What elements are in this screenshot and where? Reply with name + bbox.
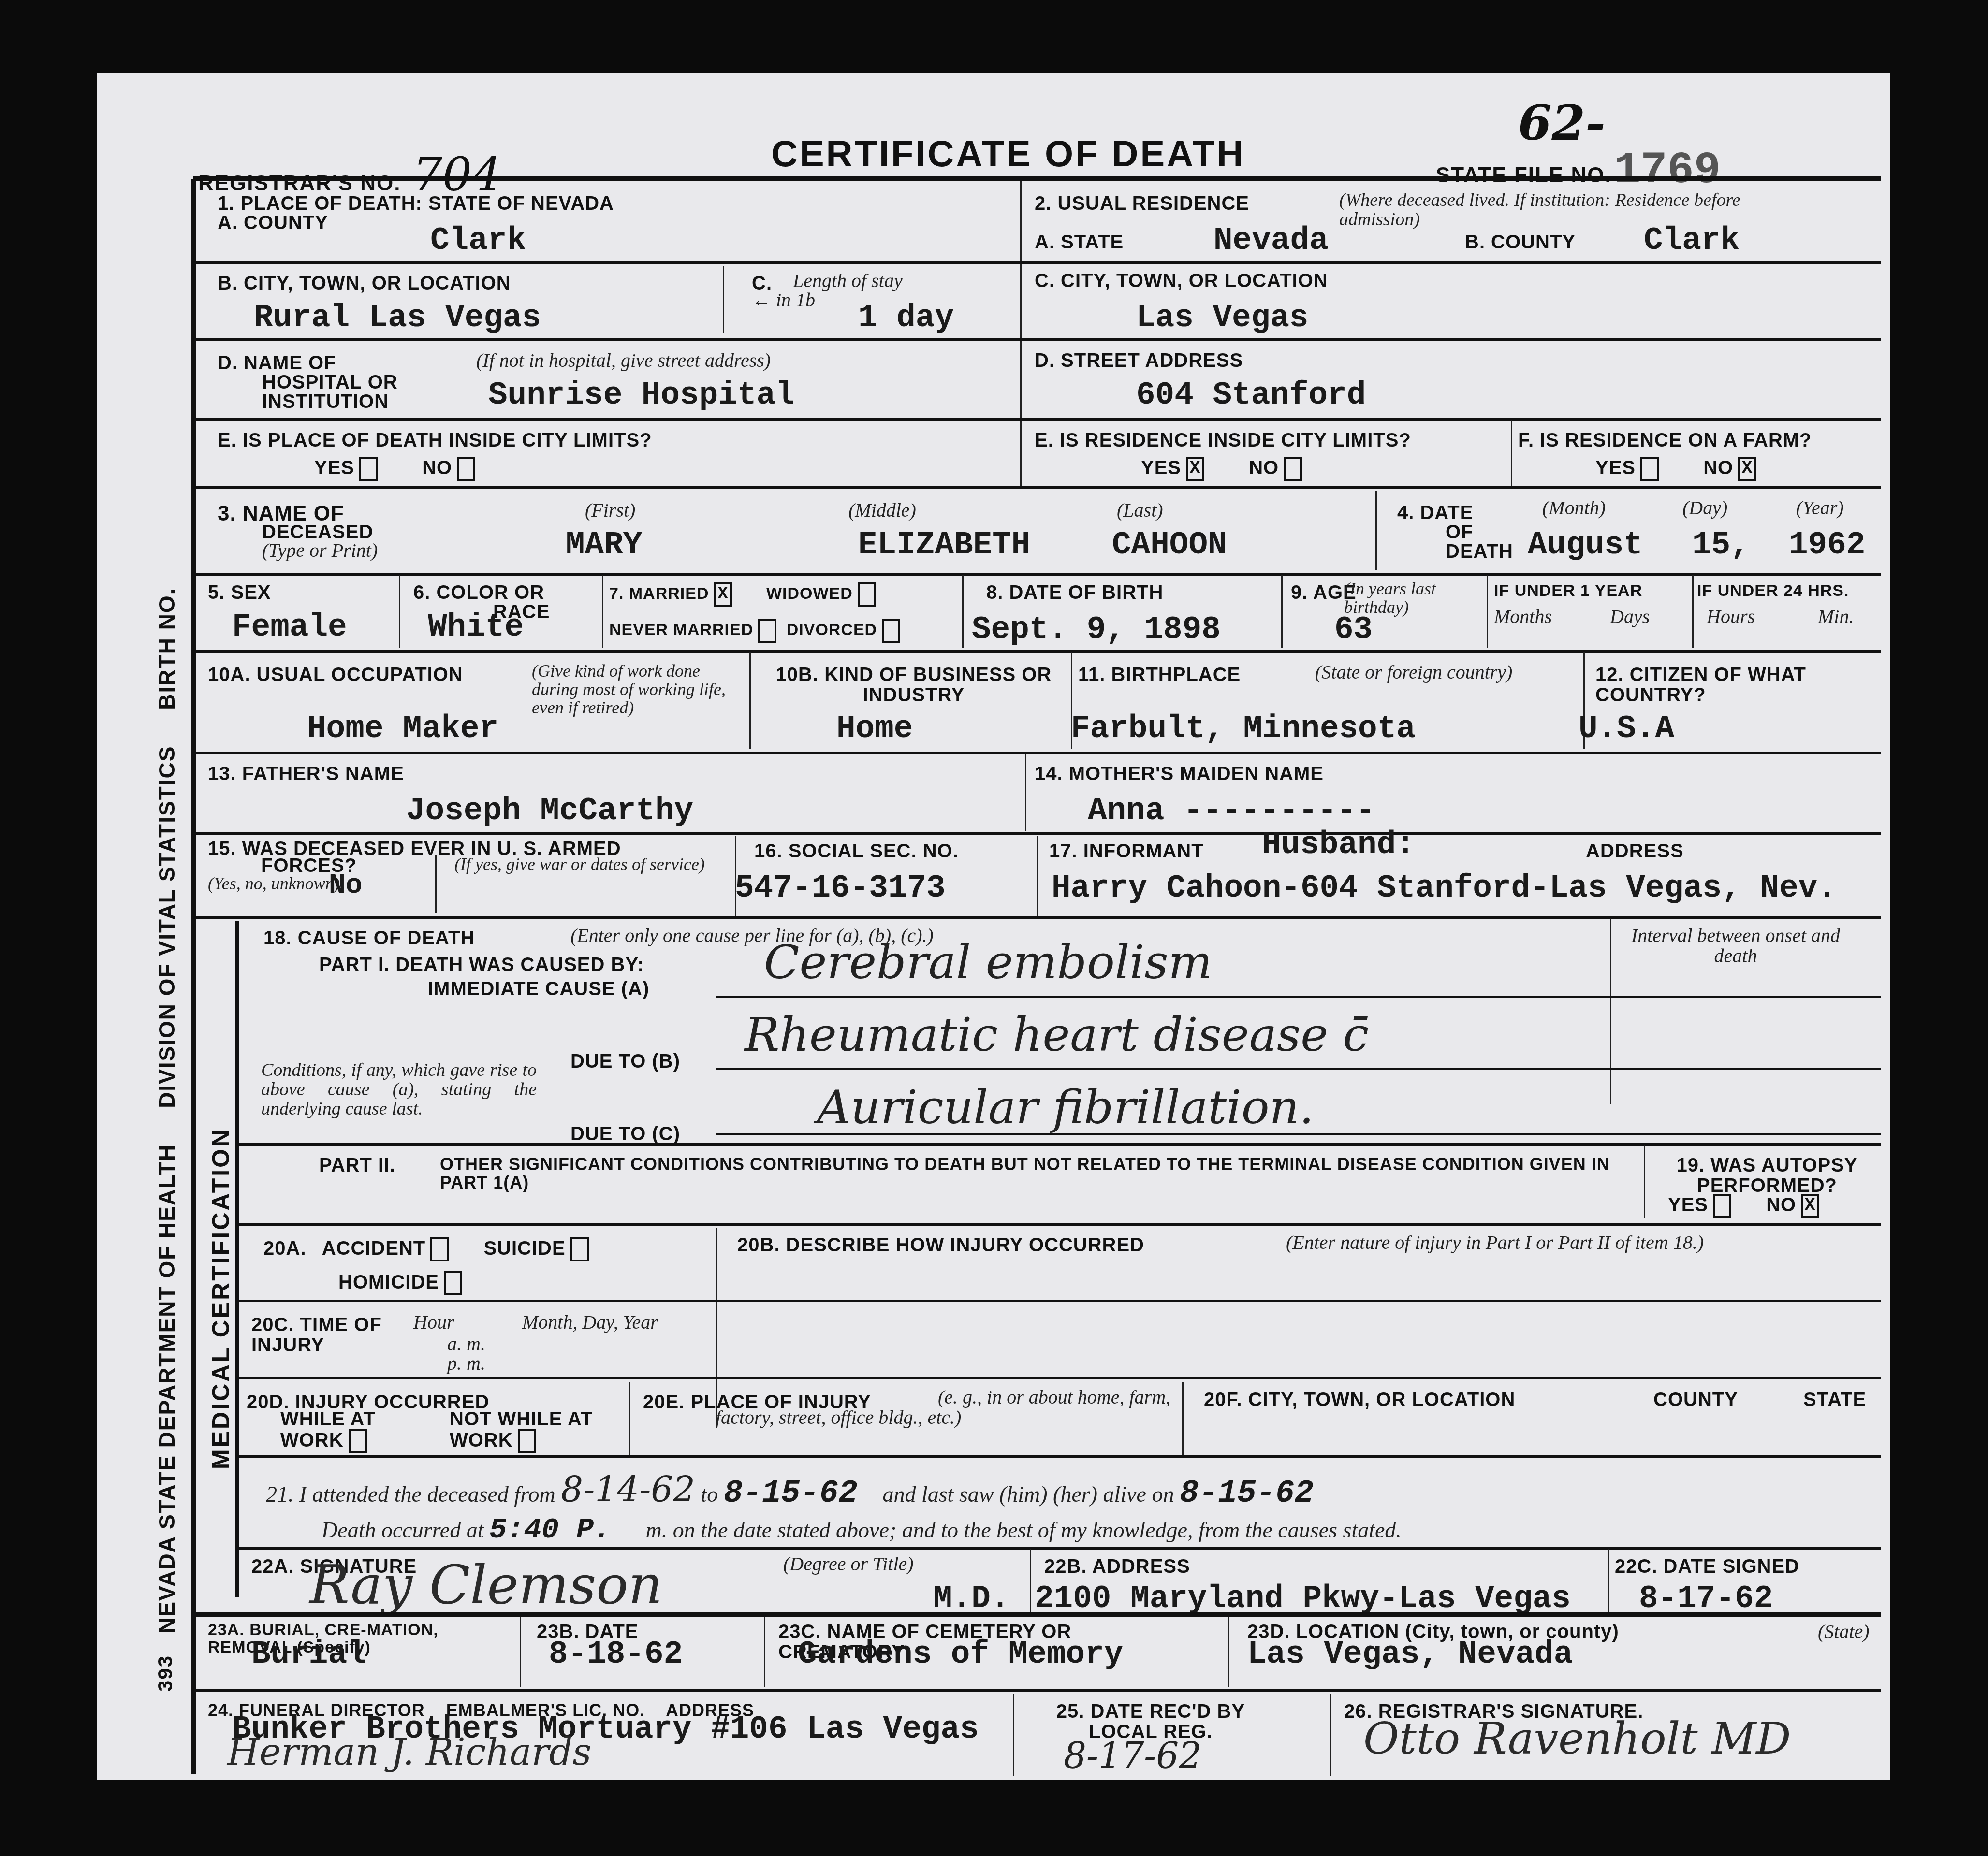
mdy-label: Month, Day, Year xyxy=(522,1312,658,1333)
married-checkbox[interactable]: X xyxy=(714,582,732,607)
dod-month-label: (Month) xyxy=(1542,498,1606,518)
hours-label: Hours xyxy=(1707,607,1755,627)
divider-burial xyxy=(520,1617,521,1687)
attendance-line-2: Death occurred at 5:40 P. m. on the date… xyxy=(322,1515,1402,1546)
homicide: HOMICIDE xyxy=(338,1271,462,1295)
age-value: 63 xyxy=(1334,611,1373,648)
divider-under1 xyxy=(1692,575,1694,648)
hospital-label: D. NAME OF xyxy=(218,353,336,373)
divider-armed-hint xyxy=(435,855,437,913)
divider-age xyxy=(1487,575,1488,648)
inside-city-yes-checkbox[interactable] xyxy=(359,457,378,481)
location-state-label: (State) xyxy=(1818,1622,1870,1642)
under1-label: IF UNDER 1 YEAR xyxy=(1494,582,1642,600)
divider-burial-date xyxy=(764,1617,765,1687)
divider-stay xyxy=(723,266,724,333)
interval-label: Interval between onset and death xyxy=(1629,926,1842,966)
accident-label: ACCIDENT xyxy=(322,1238,426,1259)
father-value: Joseph McCarthy xyxy=(406,793,693,829)
dod-day: 15, xyxy=(1692,527,1750,563)
frame-left xyxy=(191,179,196,1774)
death-time: 5:40 P. xyxy=(489,1514,611,1547)
dod-label-2: OF xyxy=(1446,522,1474,542)
middle-name: ELIZABETH xyxy=(858,527,1030,563)
city-value: Rural Las Vegas xyxy=(254,300,541,336)
rule-21 xyxy=(239,1547,1881,1550)
place-of-death-label: 1. PLACE OF DEATH: STATE OF NEVADA xyxy=(218,193,614,214)
part1-label: PART I. DEATH WAS CAUSED BY: xyxy=(319,955,644,975)
birthplace-value: Farbult, Minnesota xyxy=(1071,710,1416,747)
last-label: (Last) xyxy=(1117,500,1163,521)
res-inside-city-options: YESX NO xyxy=(1141,457,1302,481)
to-text: to xyxy=(701,1482,718,1507)
rule-1b xyxy=(196,338,1881,341)
sidebar-page-no: 393 xyxy=(154,1655,177,1692)
hospital-label-2: HOSPITAL OR xyxy=(262,372,398,392)
street-label: D. STREET ADDRESS xyxy=(1035,350,1243,371)
divider-farm xyxy=(1511,420,1512,486)
armed-value: No xyxy=(329,870,363,901)
state-file-value: 1769 xyxy=(1614,145,1721,196)
informant-label: 17. INFORMANT xyxy=(1049,841,1204,861)
res-county-label: B. COUNTY xyxy=(1465,232,1576,252)
yes-label: YES xyxy=(314,457,354,478)
no-label: NO xyxy=(1249,457,1279,478)
am-label: a. m. xyxy=(447,1334,485,1354)
birthplace-hint: (State or foreign country) xyxy=(1315,662,1512,682)
informant-value: Harry Cahoon-604 Stanford-Las Vegas, Nev… xyxy=(1052,870,1837,906)
sig-address-value: 2100 Maryland Pkwy-Las Vegas xyxy=(1035,1580,1571,1617)
res-state-label: A. STATE xyxy=(1035,232,1124,252)
medical-frame xyxy=(235,921,239,1597)
attendance-line-1: 21. I attended the deceased from 8-14-62… xyxy=(266,1472,1314,1510)
divider-marital xyxy=(962,575,964,648)
rule-1e xyxy=(196,486,1881,489)
immediate-cause: Cerebral embolism xyxy=(764,935,1213,989)
divider-sig-address xyxy=(1608,1549,1609,1612)
autopsy-label: 19. WAS AUTOPSY PERFORMED? xyxy=(1653,1155,1881,1196)
describe-label: 20B. DESCRIBE HOW INJURY OCCURRED xyxy=(737,1235,1144,1255)
attended-from: 8-14-62 xyxy=(561,1469,695,1510)
divider-center xyxy=(1020,181,1022,486)
residence-label: 2. USUAL RESIDENCE xyxy=(1035,193,1249,214)
yes-label: YES xyxy=(1595,457,1636,478)
pm-label: p. m. xyxy=(447,1353,485,1374)
rule-10 xyxy=(196,752,1881,754)
inside-city-label: E. IS PLACE OF DEATH INSIDE CITY LIMITS? xyxy=(218,430,652,450)
part2-label: PART II. xyxy=(319,1155,395,1175)
hospital-value: Sunrise Hospital xyxy=(488,377,795,413)
divider-ssn xyxy=(1037,836,1038,916)
res-city-value: Las Vegas xyxy=(1136,300,1308,336)
res-inside-city-no-checkbox[interactable] xyxy=(1284,457,1302,481)
autopsy-yes-checkbox[interactable] xyxy=(1713,1194,1731,1218)
widowed-checkbox[interactable] xyxy=(858,582,876,607)
rule-18c xyxy=(716,1133,1881,1135)
not-while-at-work-checkbox[interactable] xyxy=(518,1429,536,1453)
registrars-no-label: REGISTRAR'S NO. xyxy=(198,172,401,195)
describe-hint: (Enter nature of injury in Part I or Par… xyxy=(1286,1232,1704,1253)
citizen-label: 12. CITIZEN OF WHAT COUNTRY? xyxy=(1595,665,1866,705)
ssn-value: 547-16-3173 xyxy=(735,870,946,906)
state-file-no: STATE FILE NO. 1769 xyxy=(1436,145,1721,196)
attended-text: 21. I attended the deceased from xyxy=(266,1482,555,1507)
while-at-work: WHILE AT WORK xyxy=(280,1409,425,1453)
rule-18 xyxy=(239,1143,1881,1146)
injury-county-label: COUNTY xyxy=(1653,1390,1738,1410)
res-state-value: Nevada xyxy=(1213,222,1329,259)
hour-label: Hour xyxy=(413,1312,454,1333)
sex-label: 5. SEX xyxy=(208,582,271,603)
rule-13 xyxy=(196,832,1881,835)
divider-occurred xyxy=(629,1382,630,1455)
farm-yes-checkbox[interactable] xyxy=(1640,457,1659,481)
rule-1d xyxy=(196,418,1881,421)
due-c-value: Auricular fibrillation. xyxy=(817,1080,1314,1134)
burial-value: Burial xyxy=(251,1636,366,1672)
no-label: NO xyxy=(1766,1194,1796,1216)
immediate-label: IMMEDIATE CAUSE (A) xyxy=(428,979,649,999)
injury-city-label: 20F. CITY, TOWN, OR LOCATION xyxy=(1204,1390,1515,1410)
inside-city-no-checkbox[interactable] xyxy=(457,457,475,481)
funeral-signature: Herman J. Richards xyxy=(227,1730,591,1773)
time-label: 20C. TIME OF INJURY xyxy=(251,1315,396,1355)
divider-recd xyxy=(1330,1694,1331,1776)
divider-interval xyxy=(1610,918,1611,1104)
death-occurred-text: Death occurred at xyxy=(322,1518,484,1542)
rule-20a xyxy=(239,1300,1881,1302)
divider-place xyxy=(1182,1382,1184,1455)
farm-no-checkbox[interactable]: X xyxy=(1738,457,1756,481)
rule-15 xyxy=(196,916,1881,919)
county-label: A. COUNTY xyxy=(218,213,328,233)
farm-label: F. IS RESIDENCE ON A FARM? xyxy=(1518,430,1812,450)
race-label: 6. COLOR OR xyxy=(413,582,544,603)
rule-top xyxy=(193,176,1881,181)
divider-sex xyxy=(399,575,400,648)
rule-22 xyxy=(196,1612,1881,1617)
res-inside-city-label: E. IS RESIDENCE INSIDE CITY LIMITS? xyxy=(1035,430,1411,450)
rule-19 xyxy=(239,1223,1881,1226)
first-label: (First) xyxy=(585,500,635,521)
divorced-label: DIVORCED xyxy=(787,621,877,639)
res-city-label: C. CITY, TOWN, OR LOCATION xyxy=(1035,271,1328,291)
business-value: Home xyxy=(836,710,913,747)
res-inside-city-yes-checkbox[interactable]: X xyxy=(1186,457,1204,481)
location-value: Las Vegas, Nevada xyxy=(1247,1636,1573,1672)
autopsy-options: YES NOX xyxy=(1668,1194,1819,1218)
suicide-label: SUICIDE xyxy=(483,1238,565,1259)
last-seen-value: 8-15-62 xyxy=(1180,1475,1314,1511)
father-label: 13. FATHER'S NAME xyxy=(208,764,404,784)
death-occurred-rest: m. on the date stated above; and to the … xyxy=(646,1518,1402,1542)
state-file-label: STATE FILE NO. xyxy=(1436,163,1612,187)
due-b-label: DUE TO (B) xyxy=(570,1051,680,1072)
divider-parents xyxy=(1025,754,1026,831)
hospital-label-3: INSTITUTION xyxy=(262,391,389,412)
days-label: Days xyxy=(1610,607,1650,627)
citizen-value: U.S.A xyxy=(1579,710,1674,747)
mother-label: 14. MOTHER'S MAIDEN NAME xyxy=(1035,764,1324,784)
cause-label: 18. CAUSE OF DEATH xyxy=(263,928,475,948)
stay-value: 1 day xyxy=(858,300,954,336)
homicide-checkbox[interactable] xyxy=(444,1271,462,1295)
part2-text: OTHER SIGNIFICANT CONDITIONS CONTRIBUTIN… xyxy=(440,1155,1629,1192)
res-county-value: Clark xyxy=(1644,222,1739,259)
last-name: CAHOON xyxy=(1112,527,1227,563)
burial-date-value: 8-18-62 xyxy=(549,1636,683,1672)
date-signed-label: 22C. DATE SIGNED xyxy=(1615,1556,1799,1577)
sig-address-label: 22B. ADDRESS xyxy=(1044,1556,1190,1577)
injury-state-label: STATE xyxy=(1803,1390,1866,1410)
ssn-label: 16. SOCIAL SEC. NO. xyxy=(754,841,959,861)
degree-value: M.D. xyxy=(933,1580,1009,1617)
name-label-3: (Type or Print) xyxy=(262,540,378,561)
dept-text: NEVADA STATE DEPARTMENT OF HEALTH xyxy=(154,1144,179,1634)
birth-no-text: BIRTH NO. xyxy=(154,588,179,710)
dod-day-label: (Day) xyxy=(1682,498,1727,518)
autopsy-no-checkbox[interactable]: X xyxy=(1801,1194,1819,1218)
never-married-label: NEVER MARRIED xyxy=(609,621,753,639)
divorced-checkbox[interactable] xyxy=(882,619,900,643)
conditions-hint: Conditions, if any, which gave rise to a… xyxy=(261,1061,537,1119)
informant-address-label: ADDRESS xyxy=(1586,841,1684,861)
business-label: 10B. KIND OF BUSINESS OR INDUSTRY xyxy=(764,665,1064,705)
no-label: NO xyxy=(422,457,452,478)
min-label: Min. xyxy=(1818,607,1854,627)
rule-20c xyxy=(239,1377,1881,1379)
sidebar-dept: NEVADA STATE DEPARTMENT OF HEALTH DIVISI… xyxy=(154,588,180,1634)
city-label: B. CITY, TOWN, OR LOCATION xyxy=(218,273,511,293)
occupation-hint: (Give kind of work done during most of w… xyxy=(256,662,740,717)
divider-race xyxy=(602,575,603,648)
dob-label: 8. DATE OF BIRTH xyxy=(986,582,1163,603)
county-value: Clark xyxy=(430,222,526,259)
dob-value: Sept. 9, 1898 xyxy=(972,611,1221,648)
last-seen-text: and last saw (him) (her) alive on xyxy=(882,1482,1174,1507)
informant-relation: Husband: xyxy=(1262,826,1415,863)
marital-row-2: NEVER MARRIED DIVORCED xyxy=(609,619,900,643)
divider-dob xyxy=(1281,575,1283,648)
cemetery-value: Gardens of Memory xyxy=(798,1636,1123,1672)
divider-occupation xyxy=(749,652,751,749)
rule-20d xyxy=(239,1455,1881,1458)
homicide-label: HOMICIDE xyxy=(338,1272,439,1293)
marital-row-1: 7. MARRIEDX WIDOWED xyxy=(609,582,876,607)
physician-signature: Ray Clemson xyxy=(309,1554,662,1616)
degree-label: (Degree or Title) xyxy=(783,1554,914,1574)
yes-label: YES xyxy=(1141,457,1181,478)
injury-type-label: 20A. xyxy=(263,1238,307,1259)
months-label: Months xyxy=(1494,607,1552,627)
stay-label-2: ← in 1b xyxy=(752,290,815,310)
due-b-value: Rheumatic heart disease c̄ xyxy=(745,1008,1369,1062)
armed-hint: (Yes, no, unknown) xyxy=(208,875,340,893)
yes-label: YES xyxy=(1668,1194,1708,1216)
widowed-label: WIDOWED xyxy=(766,584,853,603)
accident-checkbox[interactable] xyxy=(430,1237,449,1261)
recd-value: 8-17-62 xyxy=(1064,1735,1201,1777)
division-text: DIVISION OF VITAL STATISTICS xyxy=(154,746,179,1108)
stay-label: Length of stay xyxy=(793,271,903,291)
mother-value: Anna ---------- xyxy=(1088,793,1375,829)
divider-cemetery xyxy=(1228,1617,1229,1687)
married-label: 7. MARRIED xyxy=(609,584,709,603)
registrar-signature: Otto Ravenholt MD xyxy=(1363,1713,1791,1764)
divider-signature xyxy=(1030,1549,1031,1612)
rule-18b xyxy=(716,1068,1881,1070)
middle-label: (Middle) xyxy=(848,500,916,521)
title: CERTIFICATE OF DEATH xyxy=(771,133,1245,175)
attended-to: 8-15-62 xyxy=(724,1475,858,1511)
rule-23 xyxy=(196,1689,1881,1692)
not-while-at-work: NOT WHILE AT WORK xyxy=(450,1409,629,1453)
never-married-checkbox[interactable] xyxy=(758,619,776,643)
divider-autopsy xyxy=(1644,1145,1645,1218)
dod-label: 4. DATE xyxy=(1397,503,1473,523)
rule-18a xyxy=(716,996,1881,998)
street-value: 604 Stanford xyxy=(1136,377,1366,413)
birthplace-label: 11. BIRTHPLACE xyxy=(1078,665,1241,685)
sex-value: Female xyxy=(232,609,347,645)
state-file-prefix: 62- xyxy=(1518,94,1606,151)
residence-hint: (Where deceased lived. If institution: R… xyxy=(1339,191,1823,230)
date-signed-value: 8-17-62 xyxy=(1639,1580,1773,1617)
armed-war-hint: (If yes, give war or dates of service) xyxy=(454,855,711,874)
medical-certification-label: MEDICAL CERTIFICATION xyxy=(207,1128,235,1469)
inside-city-options: YES NO xyxy=(314,457,475,481)
divider-dod xyxy=(1375,491,1377,570)
under24-label: IF UNDER 24 HRS. xyxy=(1697,582,1849,600)
while-at-work-checkbox[interactable] xyxy=(349,1429,367,1453)
occupation-value: Home Maker xyxy=(307,710,498,747)
farm-options: YES NOX xyxy=(1595,457,1756,481)
rule-3 xyxy=(196,573,1881,576)
dod-year: 1962 xyxy=(1789,527,1865,563)
rule-5 xyxy=(196,650,1881,653)
suicide-checkbox[interactable] xyxy=(570,1237,589,1261)
rule-1a xyxy=(196,261,1881,264)
place-injury-hint: (e. g., in or about home, farm, factory,… xyxy=(716,1387,1180,1428)
injury-type: 20A. ACCIDENT SUICIDE xyxy=(263,1237,589,1261)
no-label: NO xyxy=(1703,457,1733,478)
dod-label-3: DEATH xyxy=(1446,541,1513,562)
dod-month: August xyxy=(1528,527,1643,563)
due-c-label: DUE TO (C) xyxy=(570,1124,680,1144)
divider-funeral xyxy=(1013,1694,1014,1776)
dod-year-label: (Year) xyxy=(1796,498,1844,518)
race-value: White xyxy=(428,609,524,645)
hospital-hint: (If not in hospital, give street address… xyxy=(476,350,771,371)
first-name: MARY xyxy=(566,527,642,563)
